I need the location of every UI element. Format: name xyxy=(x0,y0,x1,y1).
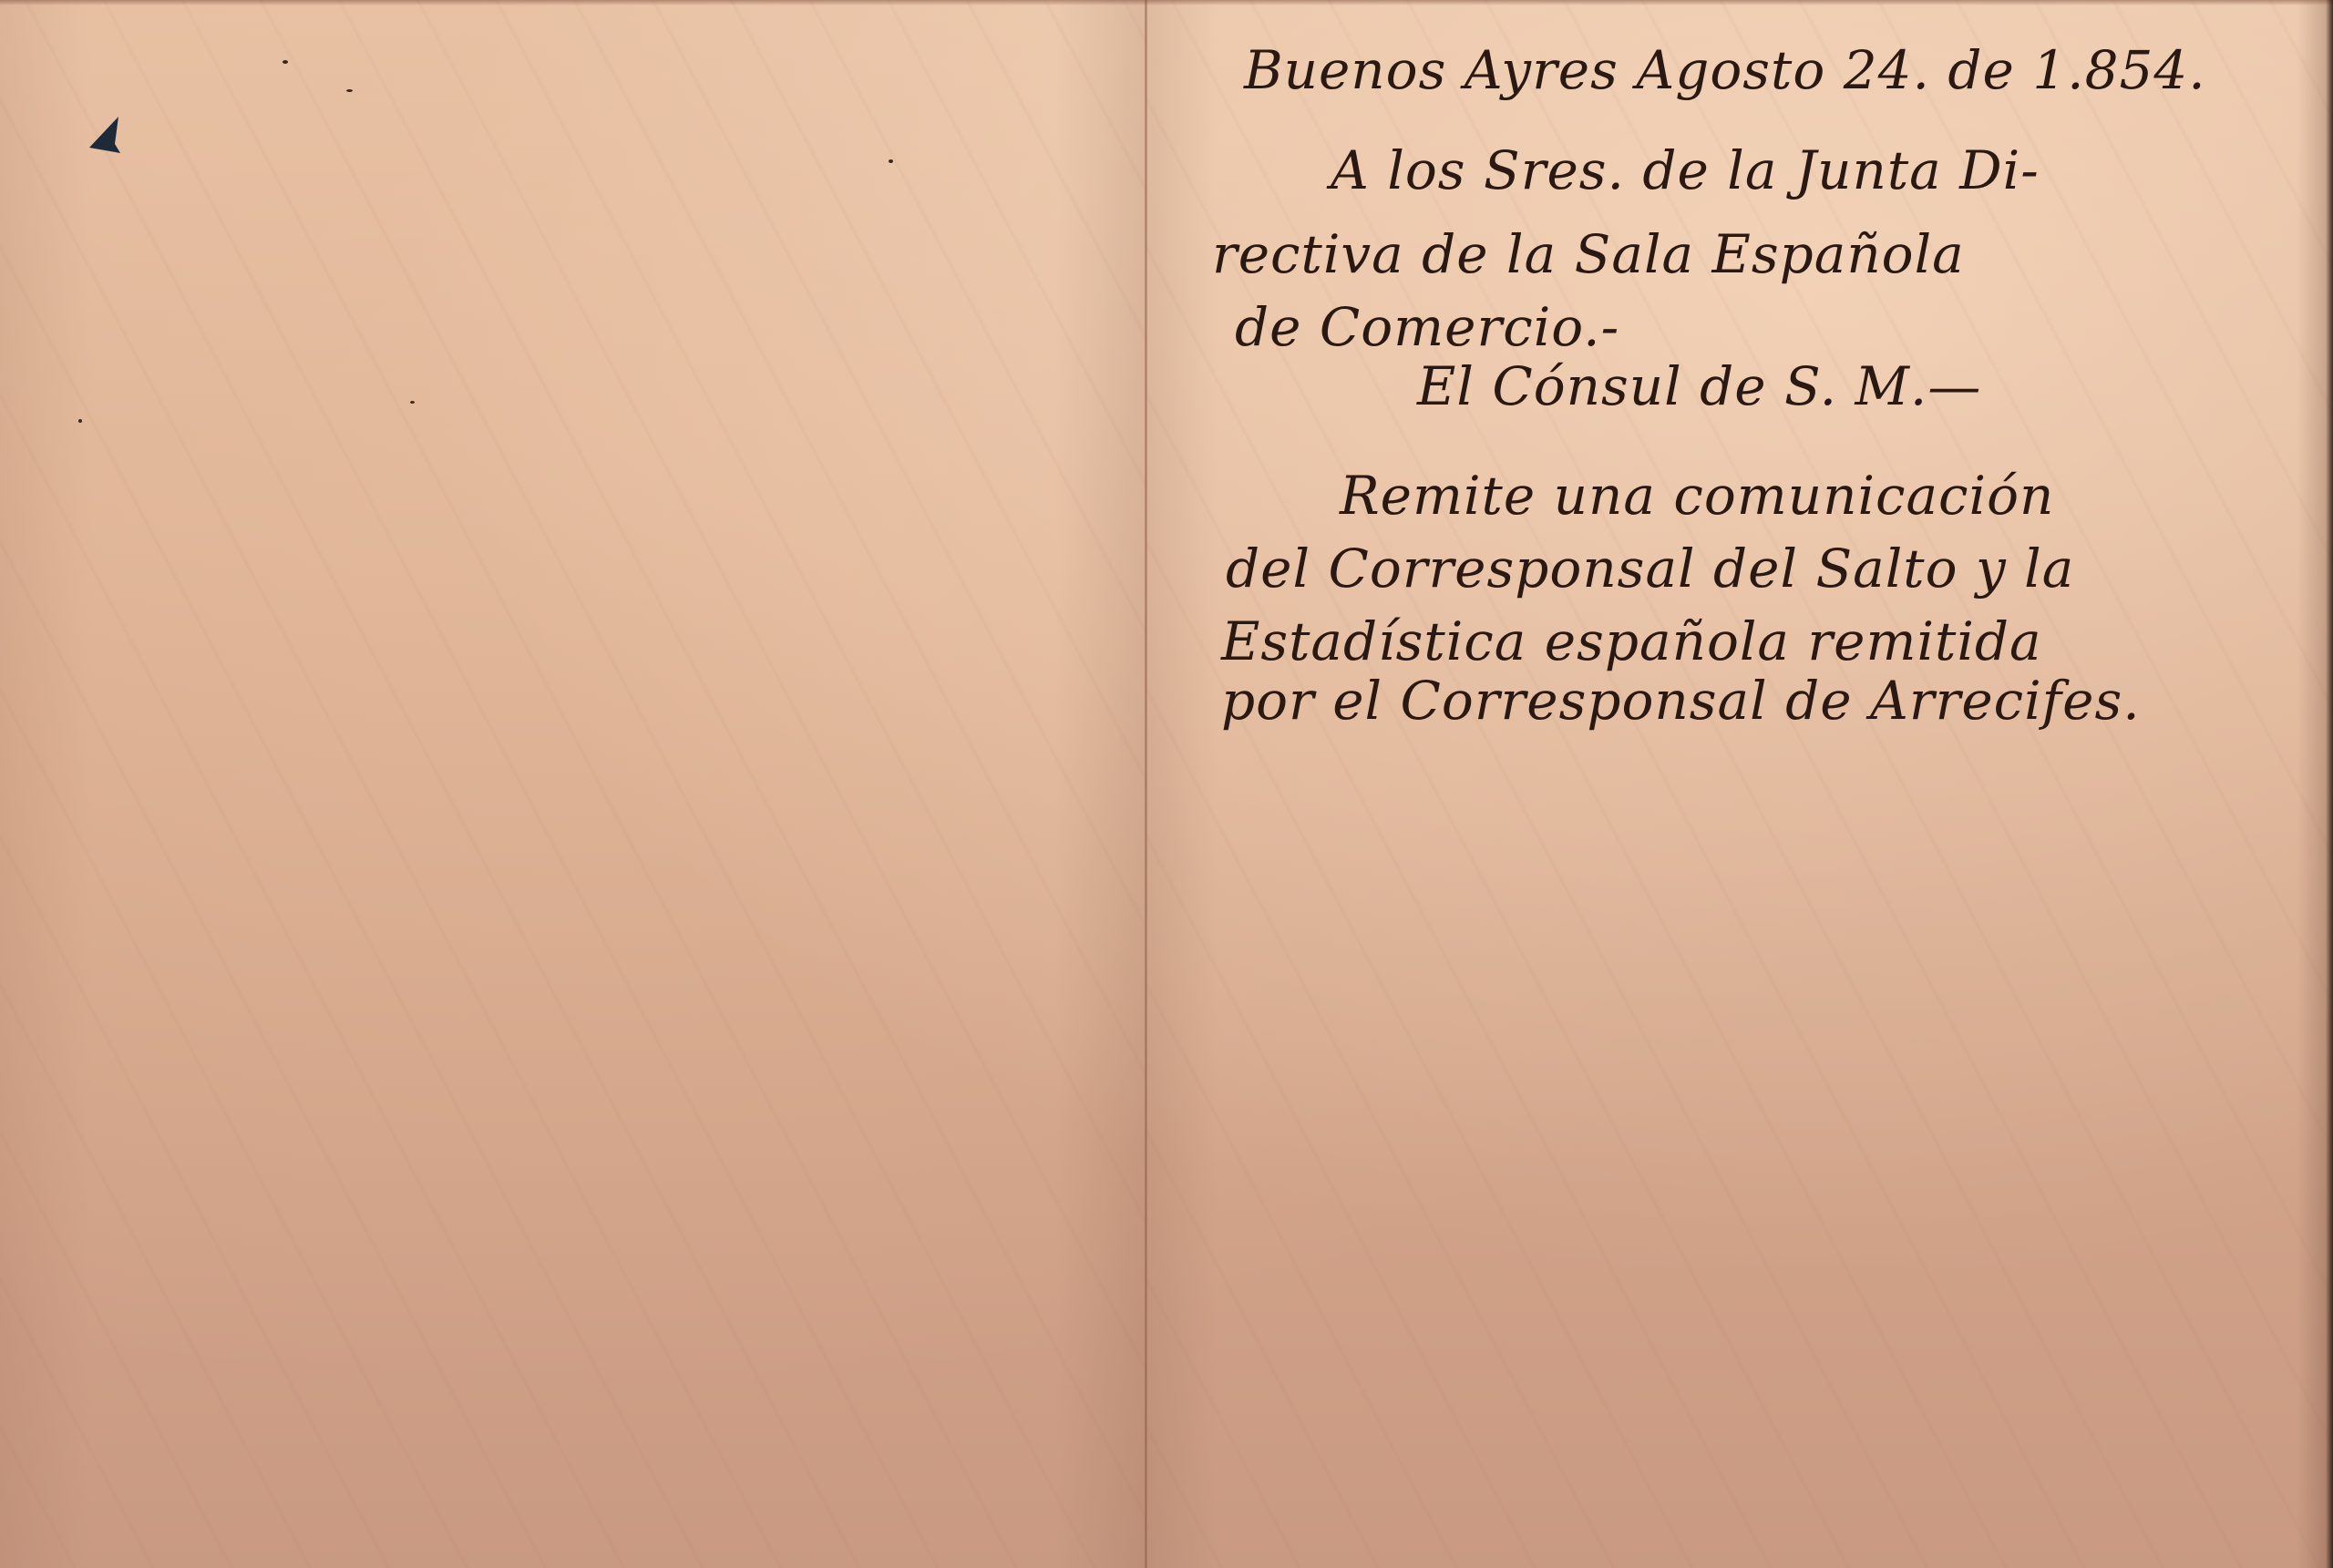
left-page xyxy=(0,0,1146,1568)
ink-blot-mark-icon xyxy=(87,109,124,155)
paper-speck xyxy=(346,89,353,92)
letter-address-line-1: A los Sres. de la Junta Di- xyxy=(1331,144,2040,197)
letter-body-line-3: Estadística española remitida xyxy=(1221,615,2042,668)
letter-address-line-2: rectiva de la Sala Española xyxy=(1212,228,1965,281)
right-edge-shadow xyxy=(2326,0,2333,1568)
letter-body-line-2: del Corresponsal del Salto y la xyxy=(1226,542,2074,595)
letter-body-line-4: por el Corresponsal de Arrecifes. xyxy=(1221,674,2141,727)
document-spread: Buenos Ayres Agosto 24. de 1.854. A los … xyxy=(0,0,2333,1568)
paper-speck xyxy=(283,60,288,64)
letter-sender: El Cónsul de S. M.— xyxy=(1417,360,1981,413)
letter-body-line-1: Remite una comunicación xyxy=(1340,469,2054,522)
center-fold xyxy=(1145,0,1147,1568)
letter-address-line-3: de Comercio.- xyxy=(1235,301,1619,354)
letter-date: Buenos Ayres Agosto 24. de 1.854. xyxy=(1244,44,2206,97)
paper-speck xyxy=(78,419,82,423)
top-edge-shadow xyxy=(0,0,2333,5)
bleed-through-texture xyxy=(0,0,1146,1568)
paper-speck xyxy=(410,401,415,404)
paper-speck xyxy=(889,159,893,163)
